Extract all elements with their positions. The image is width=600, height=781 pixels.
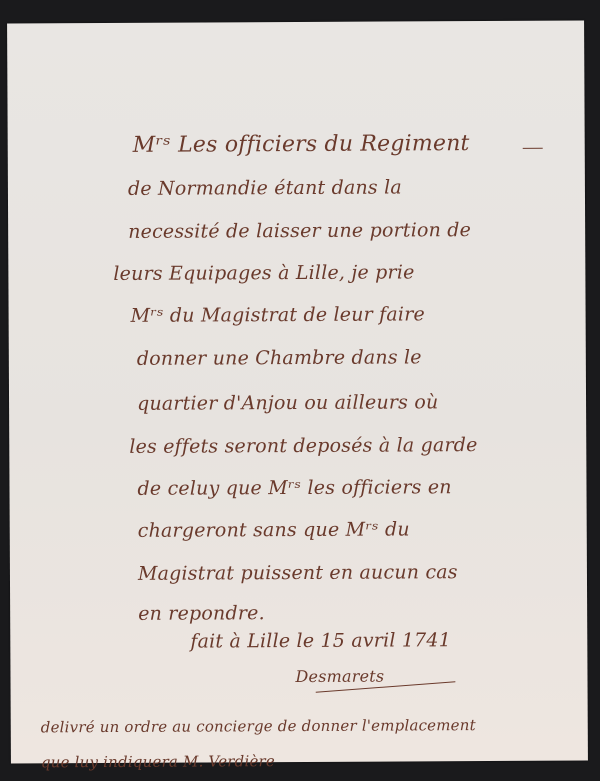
body-line: necessité de laisser une portion de [128, 219, 471, 243]
body-line: Magistrat puissent en aucun cas [138, 561, 458, 585]
body-line: de Normandie étant dans la [128, 176, 402, 199]
dateline: fait à Lille le 15 avril 1741 [190, 629, 451, 652]
salutation-line: Mʳˢ Les officiers du Regiment [133, 131, 470, 158]
line-dash [523, 148, 543, 149]
signature: Desmarets [295, 667, 384, 686]
body-line: quartier d'Anjou ou ailleurs où [137, 391, 438, 415]
body-line: en repondre. [138, 602, 265, 625]
body-line: chargeront sans que Mʳˢ du [138, 518, 410, 541]
body-line: de celuy que Mʳˢ les officiers en [137, 476, 451, 500]
postscript-line: que luy indiquera M. Verdière [41, 752, 275, 771]
postscript-line: delivré un ordre au concierge de donner … [41, 716, 476, 736]
body-line: leurs Equipages à Lille, je prie [113, 261, 414, 285]
body-line: Mʳˢ du Magistrat de leur faire [131, 303, 425, 327]
body-line: donner une Chambre dans le [137, 346, 422, 369]
letter-paper: Mʳˢ Les officiers du Regiment de Normand… [7, 20, 588, 763]
body-line: les effets seront deposés à la garde [129, 434, 477, 458]
